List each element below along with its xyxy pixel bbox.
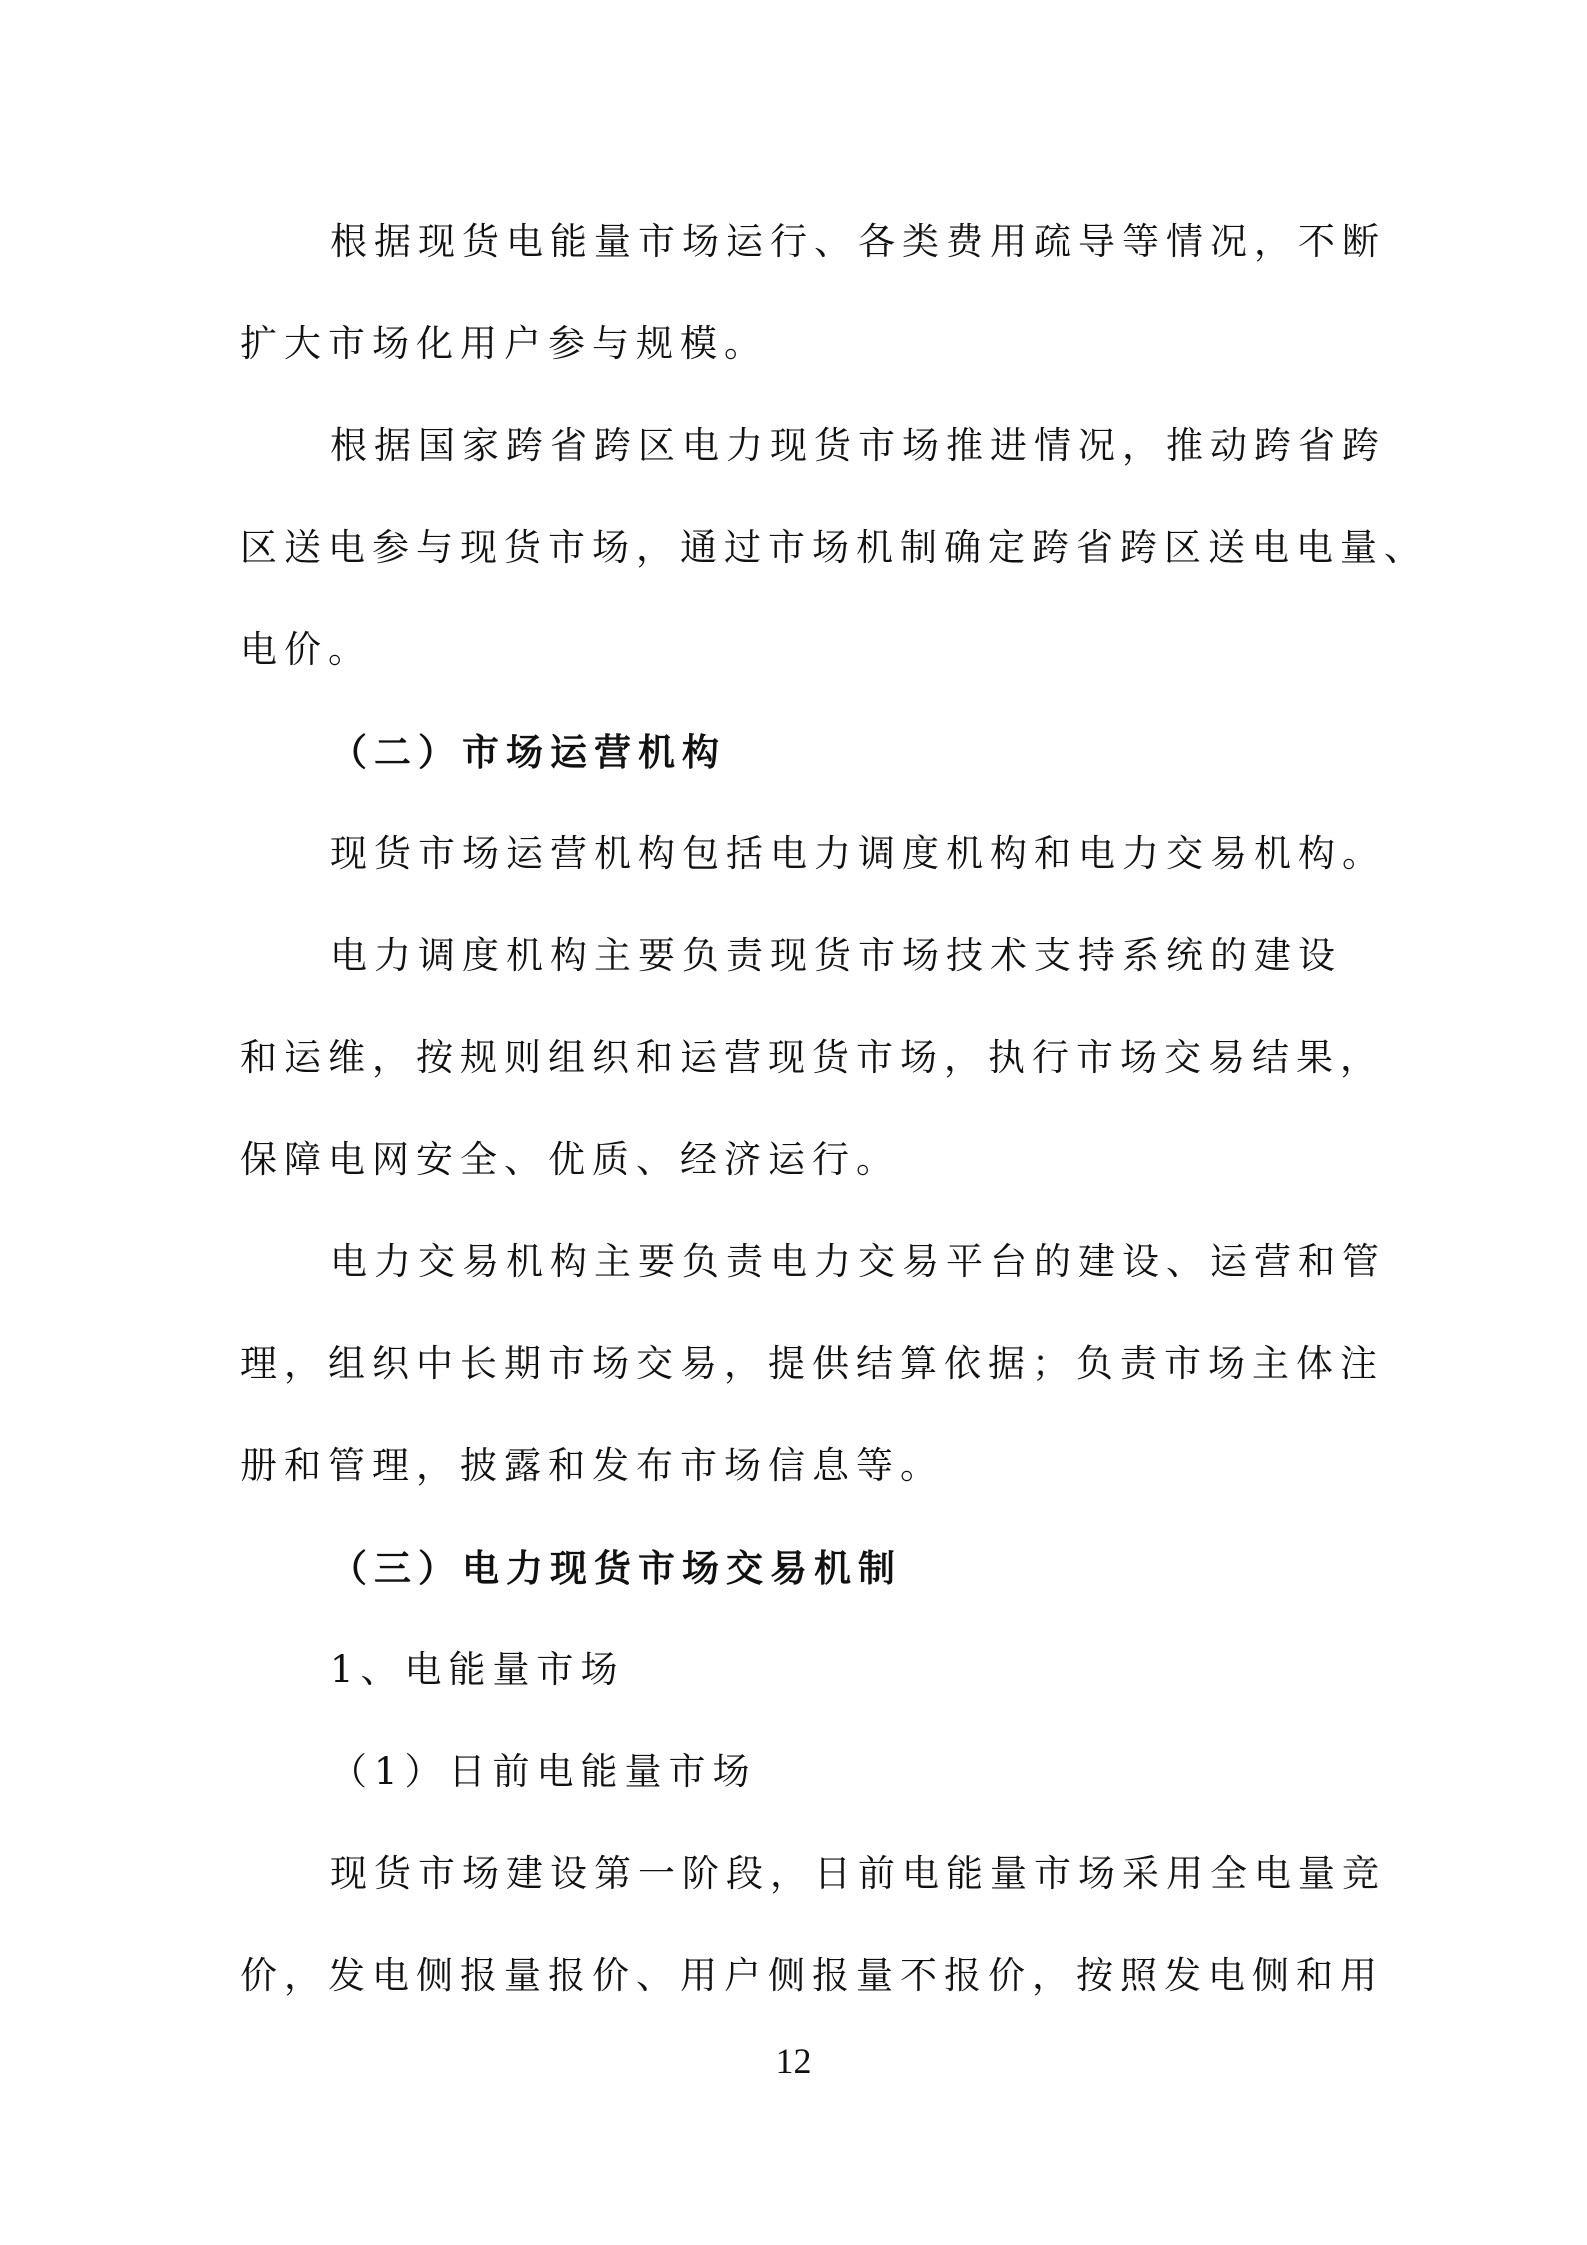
page-number: 12: [0, 2040, 1587, 2082]
paragraph-line: 保障电网安全、优质、经济运行。: [240, 1130, 1360, 1190]
paragraph-line: 理，组织中长期市场交易，提供结算依据；负责市场主体注: [240, 1334, 1360, 1394]
subsection-heading: 1、电能量市场: [330, 1640, 1450, 1700]
paragraph-line: 扩大市场化用户参与规模。: [240, 314, 1360, 374]
paragraph-line: 根据现货电能量市场运行、各类费用疏导等情况，不断: [330, 212, 1450, 272]
subsection-heading: （1）日前电能量市场: [330, 1742, 1450, 1802]
paragraph-line: 电价。: [240, 620, 1360, 680]
paragraph-line: 区送电参与现货市场，通过市场机制确定跨省跨区送电电量、: [240, 518, 1360, 578]
paragraph-line: 电力调度机构主要负责现货市场技术支持系统的建设: [330, 926, 1450, 986]
paragraph-line: 根据国家跨省跨区电力现货市场推进情况，推动跨省跨: [330, 416, 1450, 476]
paragraph-line: 和运维，按规则组织和运营现货市场，执行市场交易结果，: [240, 1028, 1360, 1088]
document-page: 根据现货电能量市场运行、各类费用疏导等情况，不断 扩大市场化用户参与规模。 根据…: [0, 0, 1587, 2245]
paragraph-line: 电力交易机构主要负责电力交易平台的建设、运营和管: [330, 1232, 1450, 1292]
paragraph-line: 价，发电侧报量报价、用户侧报量不报价，按照发电侧和用: [240, 1946, 1360, 2006]
paragraph-line: 现货市场建设第一阶段，日前电能量市场采用全电量竞: [330, 1844, 1450, 1904]
paragraph-line: 册和管理，披露和发布市场信息等。: [240, 1436, 1360, 1496]
paragraph-line: 现货市场运营机构包括电力调度机构和电力交易机构。: [330, 824, 1450, 884]
section-heading: （三）电力现货市场交易机制: [330, 1538, 1450, 1598]
section-heading: （二）市场运营机构: [330, 722, 1450, 782]
